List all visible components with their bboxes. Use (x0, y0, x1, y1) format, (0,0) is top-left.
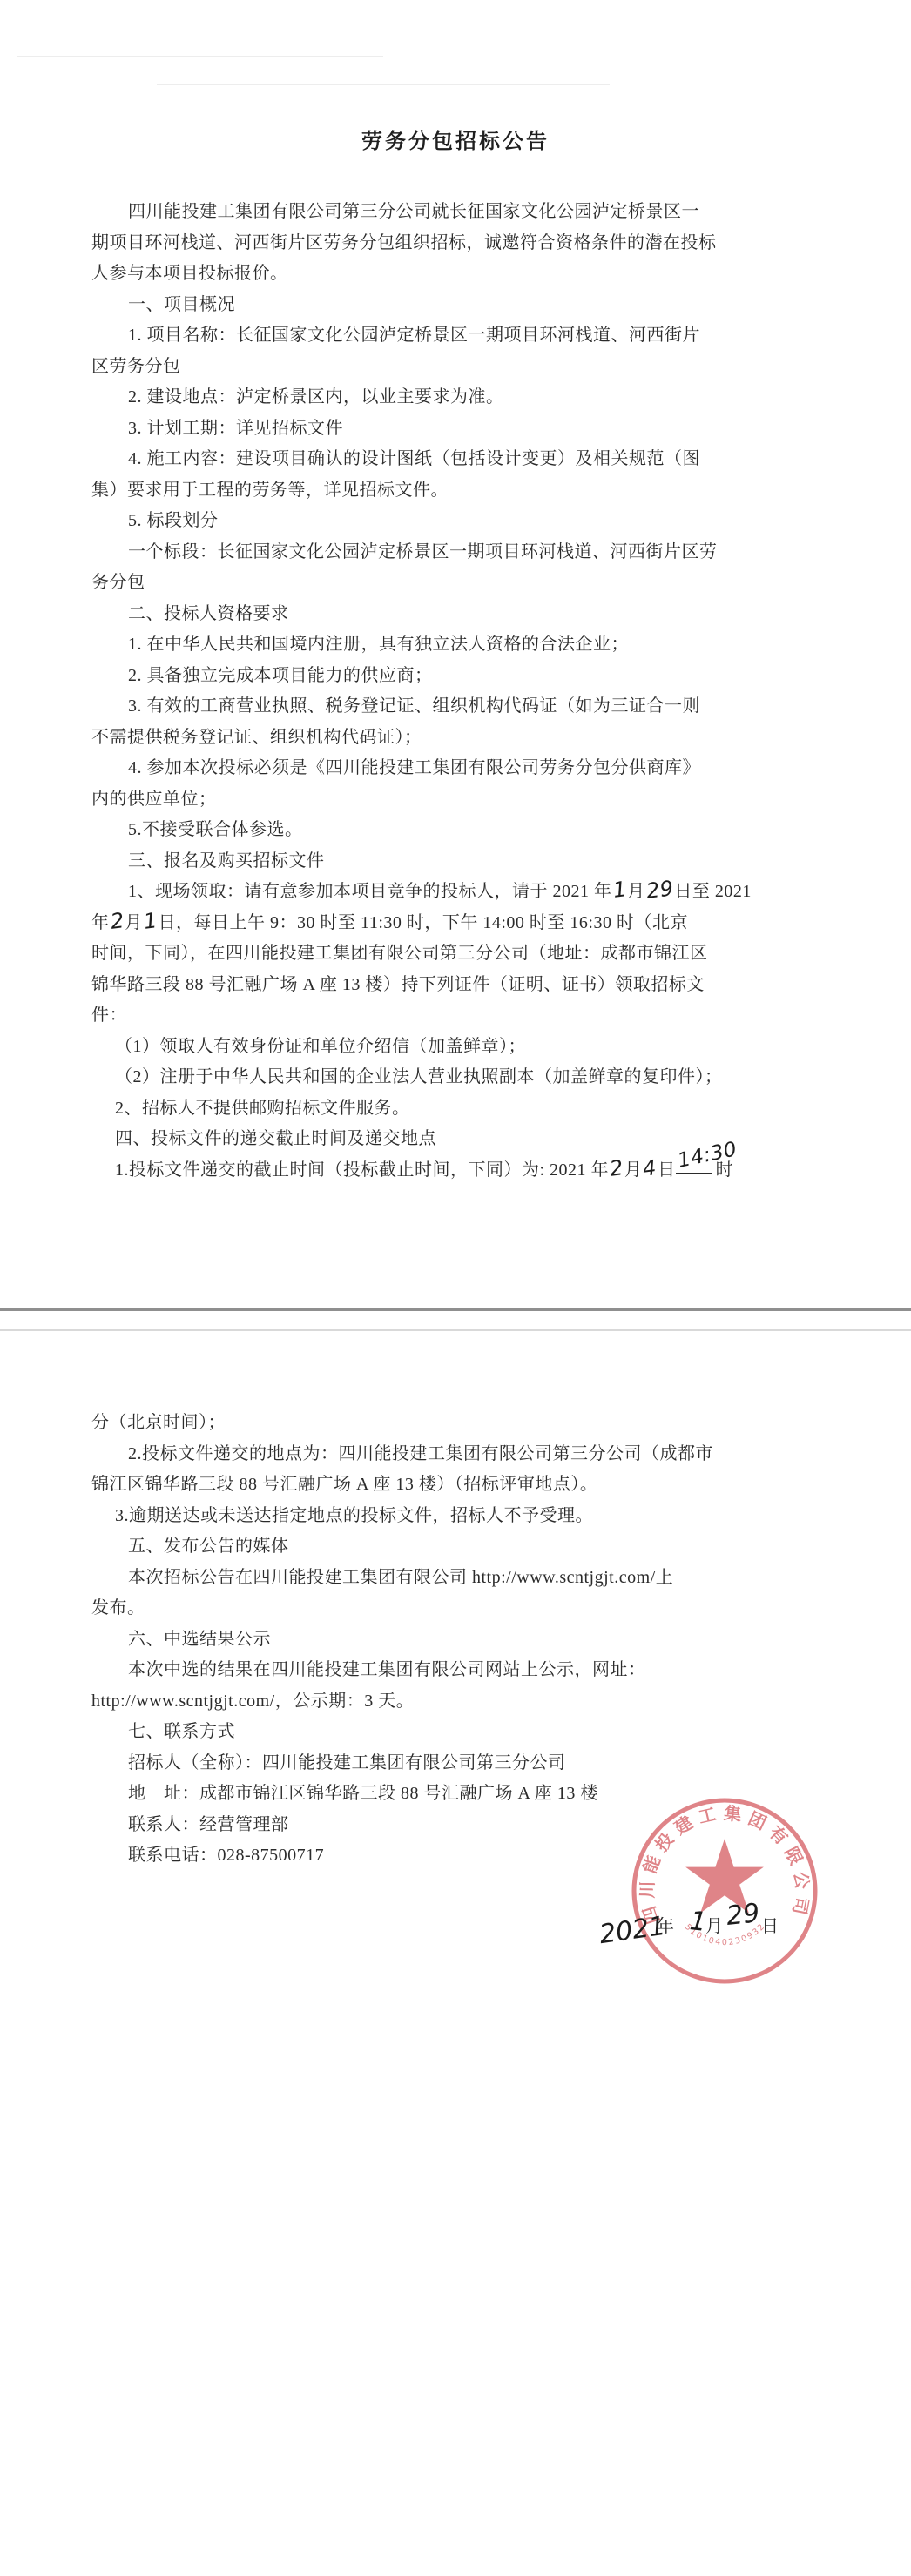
text-line: 四川能投建工集团有限公司第三分公司就长征国家文化公园泸定桥景区一 (91, 197, 827, 228)
text-line: 区劳务分包 (91, 352, 827, 383)
printed-text: 区劳务分包 (91, 357, 181, 376)
text-line: 锦华路三段 88 号汇融广场 A 座 13 楼）持下列证件（证明、证书）领取招标… (91, 970, 827, 1001)
printed-text: 务分包 (91, 573, 145, 592)
printed-text: 人参与本项目投标报价。 (91, 264, 288, 283)
printed-text: 六、中选结果公示 (128, 1630, 271, 1649)
printed-text: 5. 标段划分 (128, 511, 219, 530)
page-separator-line (0, 1308, 911, 1311)
text-line: 3. 有效的工商营业执照、税务登记证、组织机构代码证（如为三证合一则 (91, 691, 827, 723)
text-line: 分（北京时间）； (91, 1408, 827, 1439)
text-line: 时间，下同），在四川能投建工集团有限公司第三分公司（地址：成都市锦江区 (91, 938, 827, 970)
printed-text: 锦华路三段 88 号汇融广场 A 座 13 楼）持下列证件（证明、证书）领取招标… (91, 975, 705, 994)
signature-date: 2021 年 1 月 29 日 (599, 1905, 808, 1966)
handwritten-text: 2 (109, 911, 125, 931)
printed-text: 月 (624, 1160, 643, 1180)
handwritten-day: 29 (725, 1898, 761, 1932)
handwritten-text: 1 (611, 880, 627, 899)
text-line: 件： (91, 1000, 827, 1032)
handwritten-text: 2 (609, 1159, 624, 1178)
printed-text: 3. 计划工期：详见招标文件 (128, 419, 343, 438)
printed-text: 七、联系方式 (128, 1722, 235, 1741)
printed-text: 1.投标文件递交的截止时间（投标截止时间，下同）为: 2021 年 (115, 1160, 609, 1180)
handwritten-text: 29 (645, 879, 675, 900)
printed-text: 日 (658, 1160, 676, 1180)
page1-body: 四川能投建工集团有限公司第三分公司就长征国家文化公园泸定桥景区一期项目环河栈道、… (91, 197, 827, 1186)
text-line: 4. 施工内容：建设项目确认的设计图纸（包括设计变更）及相关规范（图 (91, 444, 827, 475)
text-line: 不需提供税务登记证、组织机构代码证）； (91, 723, 827, 754)
printed-text: 四川能投建工集团有限公司第三分公司就长征国家文化公园泸定桥景区一 (128, 202, 699, 221)
text-line: 三、报名及购买招标文件 (91, 846, 827, 878)
text-line: 5.不接受联合体参选。 (91, 815, 827, 846)
text-line: 2. 建设地点：泸定桥景区内，以业主要求为准。 (91, 382, 827, 414)
printed-text: 月 (627, 882, 645, 901)
page-title: 劳务分包招标公告 (0, 124, 911, 154)
text-line: 2. 具备独立完成本项目能力的供应商； (91, 661, 827, 692)
printed-text: 期项目环河栈道、河西街片区劳务分包组织招标，诚邀符合资格条件的潜在投标 (91, 233, 717, 252)
text-line: （1）领取人有效身份证和单位介绍信（加盖鲜章）； (91, 1032, 827, 1063)
day-label: 日 (761, 1912, 779, 1937)
text-line: 务分包 (91, 568, 827, 599)
year-label: 年 (657, 1912, 674, 1937)
printed-text: 一个标段：长征国家文化公园泸定桥景区一期项目环河栈道、河西街片区劳 (128, 542, 718, 562)
printed-text: 4. 参加本次投标必须是《四川能投建工集团有限公司劳务分包分供商库》 (128, 758, 700, 777)
text-line: 六、中选结果公示 (91, 1624, 827, 1656)
page-separator-line (0, 1329, 911, 1331)
handwritten-over-blank: 14:30 (676, 1158, 716, 1175)
scan-artifact (157, 84, 610, 85)
text-line: 集）要求用于工程的劳务等，详见招标文件。 (91, 475, 827, 507)
text-line: 5. 标段划分 (91, 506, 827, 537)
text-line: 人参与本项目投标报价。 (91, 259, 827, 290)
printed-text: 日，每日上午 9：30 时至 11:30 时，下午 14:00 时至 16:30… (159, 913, 688, 932)
printed-text: 日至 2021 (674, 882, 752, 901)
printed-text: （1）领取人有效身份证和单位介绍信（加盖鲜章）； (115, 1037, 526, 1056)
text-line: 锦江区锦华路三段 88 号汇融广场 A 座 13 楼）（招标评审地点）。 (91, 1470, 827, 1501)
text-line: 发布。 (91, 1593, 827, 1624)
text-line: http://www.scntjgjt.com/，公示期：3 天。 (91, 1686, 827, 1718)
printed-text: 发布。 (91, 1598, 145, 1618)
text-line: 七、联系方式 (91, 1717, 827, 1748)
printed-text: 3. 有效的工商营业执照、税务登记证、组织机构代码证（如为三证合一则 (128, 696, 700, 716)
printed-text: 招标人（全称）：四川能投建工集团有限公司第三分公司 (128, 1753, 566, 1772)
printed-text: 年 (91, 913, 110, 932)
scan-artifact (17, 56, 383, 57)
text-line: 1、现场领取：请有意参加本项目竞争的投标人，请于 2021 年1月29日至 20… (91, 877, 827, 908)
printed-text: 件： (91, 1006, 127, 1025)
printed-text: 联系人：经营管理部 (128, 1815, 289, 1834)
text-line: 1. 项目名称：长征国家文化公园泸定桥景区一期项目环河栈道、河西街片 (91, 320, 827, 352)
printed-text: 本次中选的结果在四川能投建工集团有限公司网站上公示，网址： (128, 1660, 646, 1679)
printed-text: 一、项目概况 (128, 295, 235, 314)
text-line: 期项目环河栈道、河西街片区劳务分包组织招标，诚邀符合资格条件的潜在投标 (91, 228, 827, 259)
printed-text: 锦江区锦华路三段 88 号汇融广场 A 座 13 楼）（招标评审地点）。 (91, 1475, 597, 1494)
printed-text: 1、现场领取：请有意参加本项目竞争的投标人，请于 2021 年 (128, 882, 612, 901)
printed-text: 联系电话：028-87500717 (128, 1846, 324, 1865)
printed-text: 1. 项目名称：长征国家文化公园泸定桥景区一期项目环河栈道、河西街片 (128, 326, 700, 345)
text-line: 1. 在中华人民共和国境内注册，具有独立法人资格的合法企业； (91, 629, 827, 661)
printed-text: 2.投标文件递交的地点为：四川能投建工集团有限公司第三分公司（成都市 (128, 1444, 713, 1463)
printed-text: 地 址：成都市锦江区锦华路三段 88 号汇融广场 A 座 13 楼 (128, 1784, 598, 1803)
printed-text: 2. 具备独立完成本项目能力的供应商； (128, 666, 433, 685)
text-line: 五、发布公告的媒体 (91, 1531, 827, 1563)
printed-text: 1. 在中华人民共和国境内注册，具有独立法人资格的合法企业； (128, 635, 629, 654)
text-line: 内的供应单位； (91, 784, 827, 816)
text-line: 一、项目概况 (91, 290, 827, 321)
printed-text: 2. 建设地点：泸定桥景区内，以业主要求为准。 (128, 387, 504, 407)
text-line: 2、招标人不提供邮购招标文件服务。 (91, 1093, 827, 1125)
text-line: 本次中选的结果在四川能投建工集团有限公司网站上公示，网址： (91, 1655, 827, 1686)
printed-text: 分（北京时间）； (91, 1413, 226, 1432)
printed-text: 五、发布公告的媒体 (128, 1537, 289, 1556)
printed-text: 月 (125, 913, 143, 932)
printed-text: 二、投标人资格要求 (128, 604, 289, 623)
text-line: 3.逾期送达或未送达指定地点的投标文件，招标人不予受理。 (91, 1501, 827, 1532)
printed-text: （2）注册于中华人民共和国的企业法人营业执照副本（加盖鲜章的复印件）； (115, 1067, 723, 1086)
text-line: 4. 参加本次投标必须是《四川能投建工集团有限公司劳务分包分供商库》 (91, 753, 827, 784)
printed-text: 集）要求用于工程的劳务等，详见招标文件。 (91, 481, 449, 500)
printed-text: 时间，下同），在四川能投建工集团有限公司第三分公司（地址：成都市锦江区 (91, 944, 708, 963)
text-line: 年2月1日，每日上午 9：30 时至 11:30 时，下午 14:00 时至 1… (91, 908, 827, 939)
printed-text: http://www.scntjgjt.com/，公示期：3 天。 (91, 1692, 414, 1711)
printed-text: 内的供应单位； (91, 790, 217, 809)
month-label: 月 (705, 1912, 723, 1937)
text-line: 二、投标人资格要求 (91, 599, 827, 630)
text-line: 1.投标文件递交的截止时间（投标截止时间，下同）为: 2021 年2月4日14:… (91, 1155, 827, 1187)
handwritten-text: 4 (642, 1159, 658, 1178)
printed-text: 4. 施工内容：建设项目确认的设计图纸（包括设计变更）及相关规范（图 (128, 449, 700, 468)
printed-text: 三、报名及购买招标文件 (128, 851, 325, 871)
text-line: 招标人（全称）：四川能投建工集团有限公司第三分公司 (91, 1748, 827, 1779)
text-line: 本次招标公告在四川能投建工集团有限公司 http://www.scntjgjt.… (91, 1563, 827, 1594)
handwritten-text: 1 (143, 911, 159, 931)
printed-text: 2、招标人不提供邮购招标文件服务。 (115, 1099, 410, 1118)
printed-text: 本次招标公告在四川能投建工集团有限公司 http://www.scntjgjt.… (128, 1568, 673, 1587)
text-line: （2）注册于中华人民共和国的企业法人营业执照副本（加盖鲜章的复印件）； (91, 1062, 827, 1093)
printed-text: 四、投标文件的递交截止时间及递交地点 (115, 1129, 436, 1148)
printed-text: 3.逾期送达或未送达指定地点的投标文件，招标人不予受理。 (115, 1506, 593, 1525)
text-line: 一个标段：长征国家文化公园泸定桥景区一期项目环河栈道、河西街片区劳 (91, 537, 827, 568)
printed-text: 不需提供税务登记证、组织机构代码证）； (91, 728, 422, 747)
printed-text: 5.不接受联合体参选。 (128, 820, 303, 839)
text-line: 2.投标文件递交的地点为：四川能投建工集团有限公司第三分公司（成都市 (91, 1439, 827, 1470)
text-line: 3. 计划工期：详见招标文件 (91, 414, 827, 445)
